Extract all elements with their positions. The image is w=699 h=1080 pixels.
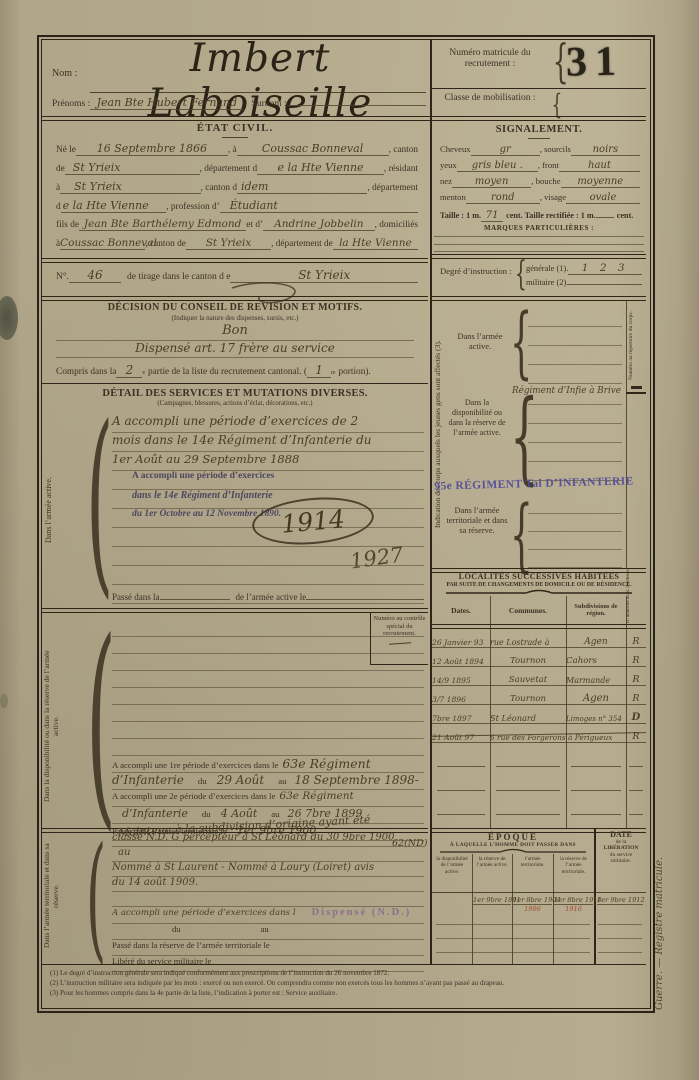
cell-subdivision: Marmande bbox=[566, 676, 626, 686]
epoque-title: ÉPOQUE bbox=[432, 832, 594, 842]
stamp-entry: A accompli une période d’exercices bbox=[132, 471, 274, 481]
decision-hw1: Bon bbox=[42, 323, 428, 338]
label: , canton bbox=[389, 145, 418, 155]
etat-civil-title-dash bbox=[222, 137, 248, 138]
value: 1 2 3 bbox=[568, 262, 642, 275]
value: 18 Septembre 1898- bbox=[295, 773, 419, 787]
label: au bbox=[261, 924, 269, 934]
corps-margin-right: Numéro au répertoire du corps. bbox=[628, 304, 644, 388]
blank bbox=[160, 599, 230, 600]
value: gris bleu . bbox=[457, 160, 538, 172]
epoque-cell-territoriale: 1er 8bre 1904 1906 bbox=[513, 896, 552, 913]
cell-commune: rue Lostrade à bbox=[490, 638, 566, 648]
circled-year-text: 1914 bbox=[280, 504, 346, 538]
value: 63e Régiment bbox=[279, 790, 353, 802]
tirage-canton: St Yrieix bbox=[230, 268, 418, 283]
binding-blob bbox=[0, 296, 18, 340]
header-rule bbox=[42, 116, 646, 121]
blank-cell bbox=[496, 790, 560, 791]
cell-date: 21 Août 97 bbox=[432, 733, 490, 743]
corps-g2-lines: Régiment d’Infie à Brive bbox=[528, 386, 622, 481]
signalement-dash bbox=[528, 138, 550, 139]
sig-marques-line3 bbox=[434, 251, 644, 252]
value: 29 Août bbox=[217, 773, 265, 787]
value: St Yrieix bbox=[60, 180, 200, 194]
etat-civil-title: ÉTAT CIVIL. bbox=[42, 122, 428, 134]
value: 2 bbox=[116, 363, 142, 378]
label: du bbox=[202, 809, 211, 819]
value: gr bbox=[471, 144, 540, 156]
date-header-line: militaire. bbox=[596, 858, 646, 865]
detail-brace bbox=[86, 406, 113, 596]
blank-cell bbox=[629, 814, 643, 815]
hw-entry: du 14 août 1909. bbox=[112, 877, 198, 888]
tirage-rule bbox=[42, 296, 428, 301]
dispo-row-empty bbox=[112, 654, 424, 671]
dispo-row-empty bbox=[112, 671, 424, 688]
signalement-rows: Cheveux gr , sourcils noirs yeux gris bl… bbox=[440, 144, 640, 208]
label: Cheveux bbox=[440, 144, 471, 154]
terr-row: au bbox=[112, 847, 424, 862]
cell-subdivision: Cahors bbox=[566, 656, 626, 667]
etat-civil-line5: fils de Jean Bte Barthélemy Edmond et d’… bbox=[56, 218, 418, 237]
corps-line-empty bbox=[528, 308, 622, 327]
side-margin-label: Guerre. — Registre matricule. bbox=[654, 848, 668, 1018]
col-header-communes: Communes. bbox=[490, 606, 566, 615]
label: Compris dans la bbox=[56, 367, 116, 377]
value: 71 bbox=[481, 210, 503, 222]
cell-commune: St Léonard bbox=[490, 713, 566, 724]
sig-row3: nez moyen , bouche moyenne bbox=[440, 176, 640, 192]
corps-line-empty bbox=[528, 346, 622, 365]
terr-row-du-au: du au bbox=[112, 924, 424, 940]
hw-entry: 1er Août au 29 Septembre 1888 bbox=[112, 452, 299, 466]
label: , bouche bbox=[531, 176, 560, 186]
sig-marques-line2 bbox=[434, 244, 644, 245]
epoque-cell-reserve-terr: 1er 8bre 1910 1916 bbox=[554, 896, 593, 913]
sig-row1: Cheveux gr , sourcils noirs bbox=[440, 144, 640, 160]
degre-brace bbox=[515, 254, 527, 294]
col-header-dates: Dates. bbox=[432, 606, 490, 615]
degre-militaire: militaire (2). bbox=[526, 278, 642, 287]
value: Jean Bte Barthélemy Edmond bbox=[79, 218, 246, 231]
value: moyen bbox=[452, 176, 531, 188]
value: e la Hte Vienne bbox=[61, 199, 167, 213]
value: 63e Régiment bbox=[282, 756, 370, 771]
label: Né le bbox=[56, 145, 76, 155]
localites-row: 7bre 1897 St Léonard Limoges n° 354 D bbox=[432, 705, 646, 724]
cell-subdivision: Agen bbox=[566, 693, 626, 705]
nom-underline bbox=[90, 92, 426, 93]
label: , canton d bbox=[201, 183, 237, 193]
sig-taille: Taille : 1 m. 71 cent. Taille rectifiée … bbox=[440, 210, 640, 222]
tirage-text: de tirage dans le canton d e bbox=[127, 272, 230, 282]
corps-g1-label: Dans l’armée active. bbox=[448, 332, 512, 352]
cell-commune: 6 rue des Forgerons à Périgueux bbox=[490, 733, 626, 743]
value: noirs bbox=[571, 144, 640, 156]
blank bbox=[596, 217, 614, 218]
tirage-no-value: 46 bbox=[69, 268, 121, 283]
epoque-col4-header: la réserve de l’armée territoriale. bbox=[553, 856, 594, 875]
value: Coussac Bonneval bbox=[60, 237, 145, 250]
corps-line-empty bbox=[528, 443, 622, 462]
label: de bbox=[56, 164, 65, 174]
epoque-data-row: 1er 9bre 1891 1er 8bre 1904 1906 1er 8br… bbox=[432, 896, 646, 913]
label: , sourcils bbox=[540, 144, 571, 154]
label: , canton de bbox=[145, 239, 186, 249]
etat-civil-line1: Né le 16 Septembre 1866 , à Coussac Bonn… bbox=[56, 142, 418, 161]
epoque-empty-line3b bbox=[598, 952, 642, 953]
terr-row: classé N.D. G percepteur à St Léonard du… bbox=[112, 832, 424, 847]
label: , visage bbox=[540, 192, 566, 202]
hw-entry: classé N.D. G percepteur à St Léonard du… bbox=[112, 832, 395, 843]
matricule-label: Numéro matricule du recrutement : bbox=[434, 48, 546, 70]
localites-row: 12 Août 1894 Tournon Cahors R bbox=[432, 648, 646, 667]
footnotes-rule bbox=[42, 964, 646, 965]
detail-row: 1er Août au 29 Septembre 1888 bbox=[112, 452, 424, 471]
dispo-rows: A accompli une 1re période d’exercices d… bbox=[112, 620, 424, 841]
dispo-row-empty bbox=[112, 637, 424, 654]
blank-cell bbox=[629, 790, 643, 791]
epoque-empty-line1b bbox=[598, 924, 642, 925]
decision-subtitle: (Indiquer la nature des dispenses, sursi… bbox=[42, 314, 428, 322]
corps-line-empty bbox=[528, 405, 622, 424]
epoque-empty-line1 bbox=[436, 924, 590, 925]
dispense-stamp: Dispensé (N.D.) bbox=[312, 907, 412, 918]
epoque-date-header: DATE de la LIBÉRATION du service militai… bbox=[596, 832, 646, 865]
etat-civil-line4: d e la Hte Vienne , profession d’ Étudia… bbox=[56, 199, 418, 218]
value: la Hte Vienne bbox=[333, 237, 418, 250]
blank-cell bbox=[437, 814, 485, 815]
cell-dr: R bbox=[626, 636, 646, 648]
label: de l’armée active le bbox=[236, 592, 307, 602]
localites-body: 26 Janvier 93 rue Lostrade à Agen R 12 A… bbox=[432, 629, 646, 815]
cell-date: 12 Août 1894 bbox=[432, 657, 490, 667]
nom-label: Nom : bbox=[52, 68, 77, 79]
label: , profession d’ bbox=[166, 202, 219, 212]
label: , domiciliés bbox=[375, 220, 418, 230]
hw-entry: Nommé à St Laurent - Nommé à Loury (Loir… bbox=[112, 862, 374, 873]
corps-g3-label: Dans l’armée territoriale et dans sa rés… bbox=[444, 506, 510, 536]
value: idem bbox=[237, 180, 367, 194]
label: A accompli une 1re période d’exercices d… bbox=[112, 760, 278, 770]
dispo-row-p1b: d’Infanterie du 29 Août au 18 Septembre … bbox=[112, 773, 424, 790]
stamp-entry: dans le 14e Régiment d’Infanterie bbox=[132, 490, 273, 501]
scanned-military-register-page: { "side_label": "Guerre. — Registre matr… bbox=[0, 0, 699, 1080]
label: militaire (2). bbox=[526, 278, 568, 287]
col-header-dr: D. domicile ou R. résidence. bbox=[626, 597, 646, 623]
classe-label: Classe de mobilisation : bbox=[434, 93, 546, 104]
cell-dr: R bbox=[626, 674, 646, 686]
sig-row2: yeux gris bleu . , front haut bbox=[440, 160, 640, 176]
sig-marques-line1 bbox=[434, 236, 644, 237]
hw-entry: mois dans le 14e Régiment d’Infanterie d… bbox=[112, 433, 372, 447]
blank-cell bbox=[437, 766, 485, 767]
localites-row: 14/9 1895 Sauvetat Marmande R bbox=[432, 667, 646, 686]
tirage-line: N°. 46 de tirage dans le canton d e St Y… bbox=[56, 268, 418, 283]
localites-header-row: Dates. Communes. Subdivisions de région.… bbox=[432, 596, 646, 624]
corps-g2-label: Dans la disponibilité ou dans la réserve… bbox=[444, 398, 510, 438]
cell-subdivision: Agen bbox=[566, 637, 626, 648]
dispo-row-p2: A accompli une 2e période d’exercices da… bbox=[112, 790, 424, 807]
cell-date: 7bre 1897 bbox=[432, 714, 490, 724]
label-sup: re bbox=[331, 370, 335, 376]
decision-title: DÉCISION DU CONSEIL DE REVISION ET MOTIF… bbox=[42, 302, 428, 313]
epoque-header-rule bbox=[432, 892, 646, 893]
label: , résidant bbox=[384, 164, 418, 174]
form-content: Nom : Imbert Laboiseille Prénoms : Jean … bbox=[42, 40, 646, 1004]
correction-red: 1906 bbox=[513, 905, 552, 913]
value: 1 bbox=[307, 363, 331, 378]
epoque-col2-header: la réserve de l’armée active. bbox=[472, 856, 512, 869]
corps-strip-mark bbox=[631, 386, 642, 389]
detail-row: mois dans le 14e Régiment d’Infanterie d… bbox=[112, 433, 424, 452]
value: St Yrieix bbox=[65, 161, 200, 175]
hw-entry: au bbox=[118, 847, 130, 858]
matricule-box-divider bbox=[432, 88, 646, 89]
value: d’Infanterie bbox=[112, 773, 184, 787]
matricule-value: 31 bbox=[566, 37, 637, 86]
col-header-subdivisions: Subdivisions de région. bbox=[566, 603, 626, 618]
etat-civil-lines: Né le 16 Septembre 1866 , à Coussac Bonn… bbox=[56, 142, 418, 256]
blank bbox=[568, 284, 642, 285]
cell-dr: R bbox=[626, 693, 646, 705]
tirage-no-label: N°. bbox=[56, 272, 69, 282]
value: d’Infanterie bbox=[122, 807, 188, 820]
corps-line-empty bbox=[528, 496, 622, 514]
etat-civil-line2: de St Yrieix , département d e la Hte Vi… bbox=[56, 161, 418, 180]
correction-red: 1916 bbox=[554, 905, 593, 913]
cell-commune: Sauvetat bbox=[490, 675, 566, 686]
corps-line-empty bbox=[528, 532, 622, 550]
corps-g3-lines bbox=[528, 496, 622, 568]
label: , département de bbox=[271, 239, 333, 249]
decision-line2 bbox=[56, 357, 414, 358]
binding-blob-small bbox=[0, 694, 8, 708]
value: ovale bbox=[566, 192, 640, 204]
label-sup: e bbox=[142, 370, 145, 376]
epoque-col3-header: l’armée territoriale. bbox=[512, 856, 553, 869]
epoque-cell-reserve: 1er 9bre 1891 bbox=[473, 896, 511, 905]
localites-row-empty bbox=[432, 743, 646, 767]
localites-row: 3/7 1896 Tournon Agen R bbox=[432, 686, 646, 705]
detail-row: A accompli une période d’exercices bbox=[112, 471, 424, 490]
degre-rule bbox=[432, 296, 646, 301]
label: cent. bbox=[617, 211, 634, 220]
blank-cell bbox=[496, 766, 560, 767]
etat-civil-rule bbox=[42, 258, 428, 263]
detail-margin-label: Dans l’armée active. bbox=[44, 430, 58, 590]
value: e la Hte Vienne bbox=[257, 161, 384, 175]
label: Taille : 1 m. bbox=[440, 211, 481, 220]
label: partie de la liste du recrutement canton… bbox=[148, 367, 307, 377]
decision-compris: Compris dans la 2 e partie de la liste d… bbox=[56, 363, 414, 378]
prenoms-line: Prénoms : Jean Bte Hubert Fernand Surnom… bbox=[52, 96, 426, 110]
cell-dr: D bbox=[626, 712, 646, 724]
label: fils de bbox=[56, 220, 79, 230]
detail-row: dans le 14e Régiment d’Infanterie bbox=[112, 490, 424, 509]
degre-label: Degré d’instruction : bbox=[440, 266, 512, 276]
terr-row-passe: Passé dans la réserve de l’armée territo… bbox=[112, 940, 424, 956]
footnote-1: (1) Le degré d’instruction générale sera… bbox=[50, 968, 642, 978]
epoque-empty-line3 bbox=[436, 952, 590, 953]
corps-line-empty bbox=[528, 550, 622, 568]
blank-cell bbox=[437, 790, 485, 791]
localites-squiggle bbox=[446, 589, 632, 595]
hw-entry: A accompli une période d’exercices de 2 bbox=[112, 414, 358, 428]
epoque-squiggle bbox=[440, 848, 586, 854]
localites-row-empty bbox=[432, 767, 646, 791]
epoque-cell-liberation: 1er 9bre 1912 bbox=[597, 896, 643, 905]
header-divider-vertical bbox=[430, 40, 432, 116]
sig-marques-label: MARQUES PARTICULIÈRES : bbox=[432, 224, 646, 232]
corps-assignment-hw: Régiment d’Infie à Brive bbox=[512, 386, 621, 396]
label: nez bbox=[440, 176, 452, 186]
corps-line-hw: Régiment d’Infie à Brive bbox=[528, 386, 622, 405]
epoque-empty-line2 bbox=[436, 938, 590, 939]
terr-rows: classé N.D. G percepteur à St Léonard du… bbox=[112, 832, 424, 972]
label: générale (1). bbox=[526, 264, 568, 273]
value: haut bbox=[559, 160, 640, 172]
blank-cell bbox=[571, 814, 621, 815]
cell-date: 26 Janvier 93 bbox=[432, 638, 490, 648]
footnote-2: (2) L’instruction militaire sera indiqué… bbox=[50, 978, 642, 988]
label: A accompli une période d’exercices dans … bbox=[112, 908, 296, 918]
dispo-margin-label: Dans la disponibilité ou dans la réserve… bbox=[42, 640, 64, 812]
footnotes: (1) Le degré d’instruction générale sera… bbox=[50, 968, 642, 998]
label: yeux bbox=[440, 160, 457, 170]
label: , à bbox=[228, 145, 237, 155]
cell-date: 3/7 1896 bbox=[432, 695, 490, 705]
dispo-row-empty bbox=[112, 722, 424, 739]
dispo-row-empty bbox=[112, 705, 424, 722]
localites-row: 26 Janvier 93 rue Lostrade à Agen R bbox=[432, 629, 646, 648]
value: Étudiant bbox=[220, 199, 418, 213]
cell-dr: R bbox=[626, 731, 646, 743]
corps-line-empty bbox=[528, 327, 622, 346]
label: Passé dans la bbox=[112, 592, 160, 602]
terr-row-empty bbox=[112, 892, 424, 907]
detail-passe-line: Passé dans la de l’armée active le bbox=[112, 592, 424, 602]
cell-commune: Tournon bbox=[490, 656, 566, 667]
cell-date: 14/9 1895 bbox=[432, 676, 490, 686]
value: moyenne bbox=[561, 176, 640, 188]
value: 16 Septembre 1866 bbox=[76, 142, 228, 156]
blank-cell bbox=[571, 766, 621, 767]
corps-right-strip-line bbox=[626, 300, 627, 568]
localites-title: LOCALITÉS SUCCESSIVES HABITÉES bbox=[432, 572, 646, 581]
label: cent. Taille rectifiée : 1 m. bbox=[506, 211, 596, 220]
epoque-col-headers: la disponibilité de l’armée active. la r… bbox=[432, 856, 594, 875]
degre-generale: générale (1). 1 2 3 bbox=[526, 262, 642, 275]
terr-brace bbox=[86, 834, 106, 962]
blank-cell bbox=[496, 814, 560, 815]
detail-row: A accompli une période d’exercices de 2 bbox=[112, 414, 424, 433]
label: , front bbox=[538, 160, 559, 170]
terr-row: du 14 août 1909. bbox=[112, 877, 424, 892]
blank bbox=[306, 599, 424, 600]
localites-row-struck: 21 Août 97 6 rue des Forgerons à Périgue… bbox=[432, 724, 646, 743]
blank-cell bbox=[629, 766, 643, 767]
corps-line-empty bbox=[528, 365, 622, 384]
value: 1er 8bre 1910 bbox=[554, 896, 593, 905]
dispo-row-empty bbox=[112, 739, 424, 756]
value: St Yrieix bbox=[186, 237, 271, 250]
label: du bbox=[198, 776, 207, 786]
dispo-row-empty bbox=[112, 688, 424, 705]
dispo-row-p1: A accompli une 1re période d’exercices d… bbox=[112, 756, 424, 773]
corps-g1-lines bbox=[528, 308, 622, 384]
corps-line-empty bbox=[528, 424, 622, 443]
prenoms-label: Prénoms : bbox=[52, 99, 90, 109]
surnom-label: Surnom : bbox=[252, 99, 287, 109]
localites-subtitle: PAR SUITE DE CHANGEMENTS DE DOMICILE OU … bbox=[432, 582, 646, 588]
epoque-col1-header: la disponibilité de l’armée active. bbox=[432, 856, 472, 875]
corps-line-empty bbox=[528, 514, 622, 532]
prenoms-value: Jean Bte Hubert Fernand bbox=[90, 96, 243, 110]
signalement-rule bbox=[432, 254, 646, 259]
terr-row-accompli: A accompli une période d’exercices dans … bbox=[112, 907, 424, 924]
label: Passé dans la réserve de l’armée territo… bbox=[112, 940, 270, 950]
dispo-row-empty bbox=[112, 620, 424, 637]
cell-dr: R bbox=[626, 655, 646, 667]
signalement-title: SIGNALEMENT. bbox=[432, 124, 646, 135]
label: menton bbox=[440, 192, 466, 202]
label: A accompli une 2e période d’exercices da… bbox=[112, 791, 275, 801]
value: Andrine Jobbelin bbox=[263, 218, 375, 231]
value: Coussac Bonneval bbox=[237, 142, 389, 156]
terr-margin-label: Dans l’armée territoriale et dans sa rés… bbox=[42, 840, 64, 952]
label: et d’ bbox=[246, 220, 263, 230]
value: 1er 8bre 1904 bbox=[513, 896, 552, 905]
blank-cell bbox=[571, 790, 621, 791]
footnote-3: (3) Pour les hommes compris dans la 4e p… bbox=[50, 988, 642, 998]
label: portion). bbox=[338, 367, 370, 377]
etat-civil-line6: à Coussac Bonneval , canton de St Yrieix… bbox=[56, 237, 418, 256]
label: , département bbox=[367, 183, 418, 193]
cell-subdivision: Limoges n° 354 bbox=[566, 715, 626, 724]
epoque-empty-line2b bbox=[598, 938, 642, 939]
surnom-blank bbox=[287, 105, 426, 106]
label: , département d bbox=[200, 164, 258, 174]
corps-strip-divider bbox=[626, 392, 646, 394]
sig-row4: menton rond , visage ovale bbox=[440, 192, 640, 208]
nom-value: Imbert Laboiseille bbox=[94, 36, 426, 126]
value: rond bbox=[466, 192, 540, 204]
label: au bbox=[278, 776, 286, 786]
value: 4 Août bbox=[221, 807, 258, 820]
cell-commune: Tournon bbox=[490, 694, 566, 705]
decision-hw2: Dispensé art. 17 frère au service bbox=[42, 341, 428, 355]
label: du bbox=[172, 924, 181, 934]
etat-civil-line3: à St Yrieix , canton d idem , départemen… bbox=[56, 180, 418, 199]
terr-row: Nommé à St Laurent - Nommé à Loury (Loir… bbox=[112, 862, 424, 877]
localites-row-empty bbox=[432, 791, 646, 815]
